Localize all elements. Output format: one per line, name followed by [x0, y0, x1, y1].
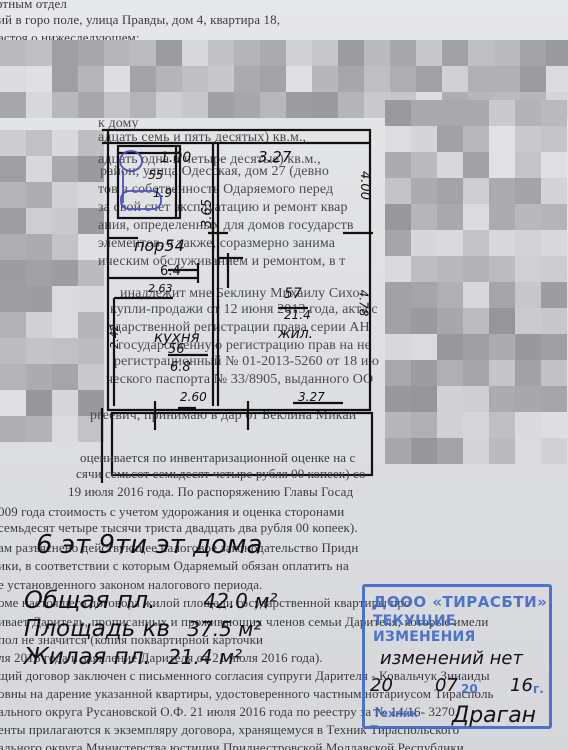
body-text-line: 009 года стоимость с учетом удорожания и… — [0, 504, 344, 520]
text-line: ртным отдел — [0, 0, 67, 12]
room-kitchen-sub: 6.8 — [170, 360, 191, 375]
dim-right-side-lower: 4.78 — [356, 290, 370, 317]
stamp-year-suffix: г. — [533, 682, 544, 696]
note-living-area: Жилая пл. 21.4 м² — [24, 644, 242, 670]
body-text-line: ики, в соответствии с которым Одаряемый … — [0, 558, 349, 574]
dim-bath-top: 55 — [148, 168, 163, 182]
dim-hall-below: 6.4 — [160, 264, 181, 279]
floor-plan-lines — [98, 118, 383, 413]
room-hall: пор54 — [134, 236, 185, 255]
stamp-year-printed: 20 — [461, 682, 478, 696]
room-hall-name: пор — [134, 236, 164, 255]
text-line: ий в горо поле, улица Правды, дом 4, ква… — [0, 12, 280, 28]
floor-plan: 1.00 3.27 4.00 3.65 55 1.9 пор54 6.4 2.6… — [98, 118, 383, 413]
dim-bath-bottom: 1.9 — [153, 186, 172, 200]
room-kitchen-area: 56 — [168, 342, 185, 357]
stamp-year-hand: 16 — [510, 675, 533, 696]
dim-kitchen-side: 2.42 — [108, 324, 121, 349]
scanned-document-page: ртным отдел ий в горо поле, улица Правды… — [0, 0, 568, 750]
stamp-month: 07 — [435, 675, 458, 696]
note-total-area: Общая пл. 42.0 м² — [24, 586, 277, 614]
body-text-line: сячи семьсот семьдесят четыре рубля 00 к… — [76, 466, 366, 482]
stamp-title: ТЕКУЩИЕ ИЗМЕНЕНИЯ — [373, 613, 549, 645]
dim-hall-width: 2.63 — [148, 282, 173, 295]
body-text-line: оценивается по инвентаризационной оценке… — [80, 450, 355, 466]
room-living-area: 57 — [284, 286, 302, 302]
stamp-signature: Драган — [452, 703, 536, 728]
stamp-day: 20 — [370, 675, 393, 696]
note-floor: 6 эт 9ти эт дома — [36, 530, 262, 560]
dim-right-side: 4.00 — [357, 171, 372, 200]
dim-top-left: 1.00 — [160, 150, 191, 166]
dim-bottom-right: 3.27 — [298, 390, 325, 404]
body-text-line: 19 июля 2016 года. По распоряжению Главы… — [68, 484, 353, 500]
note-total-area-label: Общая пл. — [24, 586, 156, 614]
dim-inner-vertical: 3.65 — [200, 199, 215, 228]
note-total-area-value: 42.0 м² — [203, 589, 277, 613]
note-apartment-area: Площадь кв 37.5 м² — [24, 616, 261, 642]
stamp-role: Техник — [373, 707, 418, 720]
note-apartment-area-label: Площадь кв — [24, 616, 170, 642]
body-text-line: ального округа Министерства юстиции Прид… — [0, 740, 467, 750]
dim-bottom-left: 2.60 — [180, 390, 207, 404]
room-living-name: жил. — [278, 326, 313, 342]
note-living-area-label: Жилая пл. — [24, 644, 151, 670]
room-hall-area: 54 — [164, 236, 184, 255]
note-apartment-area-value: 37.5 м² — [187, 617, 261, 641]
stamp-note: изменений нет — [380, 648, 523, 669]
room-living-sub: 21.4 — [284, 308, 311, 322]
dim-top-right: 3.27 — [258, 148, 291, 166]
note-living-area-value: 21.4 м² — [168, 645, 242, 669]
stamp-org: ДООО «ТИРАСБТИ» — [373, 593, 547, 611]
